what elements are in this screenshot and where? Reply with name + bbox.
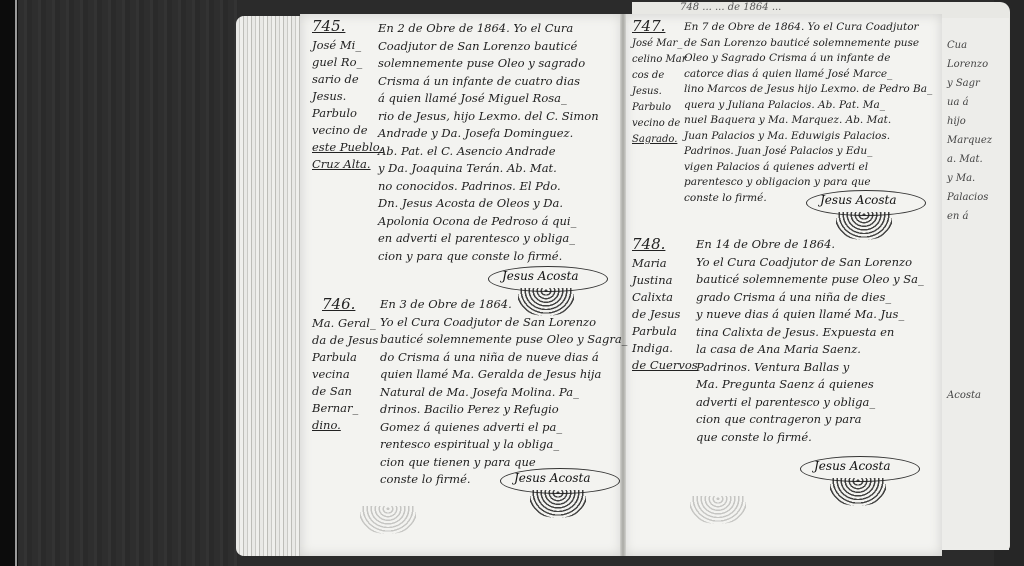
entry-number: 745. [312, 18, 374, 35]
entry-margin-note: 748. Maria Justina Calixta de Jesus Parb… [632, 236, 694, 374]
signature-flourish-icon [530, 490, 586, 518]
priest-signature: Jesus Acosta [500, 464, 620, 524]
bleed-through-signature [660, 470, 780, 530]
entry-margin-note: 745. José Mi_ guel Ro_ sario de Jesus. P… [312, 18, 374, 173]
scan-edge-line [15, 0, 17, 566]
entry-margin-note: 746. Ma. Geral_ da de Jesus Parbula veci… [312, 296, 374, 434]
entry-number: 746. [312, 296, 374, 313]
priest-signature: Jesus Acosta [800, 452, 920, 512]
next-page-edge: Cua Lorenzo y Sagr ua á hijo Marquez a. … [940, 18, 1009, 550]
entry-number: 748. [632, 236, 694, 253]
entry-text: En 7 de Obre de 1864. Yo el Cura Coadjut… [684, 20, 932, 206]
edge-text: Cua Lorenzo y Sagr ua á hijo Marquez a. … [947, 36, 992, 405]
signature-flourish-icon [830, 478, 886, 506]
entry-text: En 14 de Obre de 1864. Yo el Cura Coadju… [696, 236, 924, 446]
top-page-strip-text: 748 ... ... de 1864 ... [680, 2, 781, 13]
bleed-through-signature [330, 480, 450, 540]
scanner-background [18, 0, 238, 566]
entry-text: En 3 de Obre de 1864. Yo el Cura Coadjut… [380, 296, 627, 489]
entry-text: En 2 de Obre de 1864. Yo el Cura Coadjut… [378, 20, 599, 265]
